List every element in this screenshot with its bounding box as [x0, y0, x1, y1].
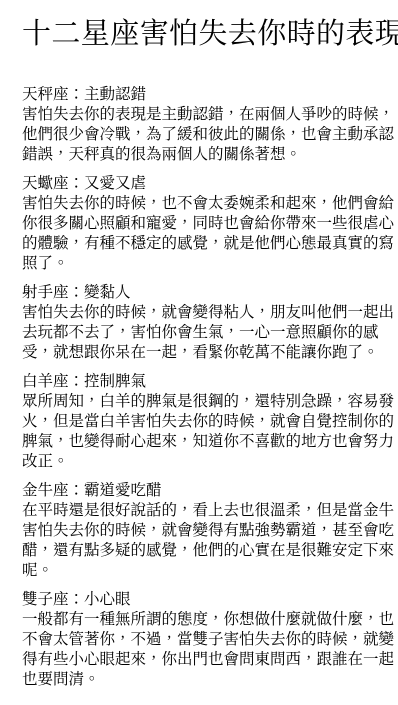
- section-body: 一般都有一種無所謂的態度，你想做什麼就做什麼，也不會太管著你，不過，當雙子害怕失…: [22, 610, 396, 690]
- document-page: 十二星座害怕失去你時的表現 天秤座：主動認錯 害怕失去你的表現是主動認錯，在兩個…: [0, 0, 398, 705]
- section-gemini: 雙子座：小心眼 一般都有一種無所謂的態度，你想做什麼就做什麼，也不會太管著你，不…: [22, 590, 396, 690]
- section-libra: 天秤座：主動認錯 害怕失去你的表現是主動認錯，在兩個人爭吵的時候，他們很少會冷戰…: [22, 85, 396, 165]
- section-body: 在平時還是很好說話的，看上去也很溫柔，但是當金牛害怕失去你的時候，就會變得有點強…: [22, 501, 396, 581]
- section-heading: 射手座：變黏人: [22, 283, 396, 303]
- section-scorpio: 天蠍座：又愛又虐 害怕失去你的時候，也不會太委婉柔和起來，他們會給你很多關心照顧…: [22, 174, 396, 274]
- section-body: 害怕失去你的時候，也不會太委婉柔和起來，他們會給你很多關心照顧和寵愛，同時也會給…: [22, 194, 396, 274]
- section-taurus: 金牛座：霸道愛吃醋 在平時還是很好說話的，看上去也很溫柔，但是當金牛害怕失去你的…: [22, 481, 396, 581]
- section-heading: 天蠍座：又愛又虐: [22, 174, 396, 194]
- section-heading: 金牛座：霸道愛吃醋: [22, 481, 396, 501]
- section-aries: 白羊座：控制脾氣 眾所周知，白羊的脾氣是很鋼的，還特別急躁，容易發火，但是當白羊…: [22, 372, 396, 472]
- section-body: 害怕失去你的時候，就會變得粘人，朋友叫他們一起出去玩都不去了，害怕你會生氣，一心…: [22, 303, 396, 363]
- section-sagittarius: 射手座：變黏人 害怕失去你的時候，就會變得粘人，朋友叫他們一起出去玩都不去了，害…: [22, 283, 396, 363]
- section-body: 眾所周知，白羊的脾氣是很鋼的，還特別急躁，容易發火，但是當白羊害怕失去你的時候，…: [22, 392, 396, 472]
- section-body: 害怕失去你的表現是主動認錯，在兩個人爭吵的時候，他們很少會冷戰，為了緩和彼此的關…: [22, 105, 396, 165]
- section-heading: 天秤座：主動認錯: [22, 85, 396, 105]
- section-heading: 雙子座：小心眼: [22, 590, 396, 610]
- page-title: 十二星座害怕失去你時的表現: [22, 16, 396, 53]
- section-heading: 白羊座：控制脾氣: [22, 372, 396, 392]
